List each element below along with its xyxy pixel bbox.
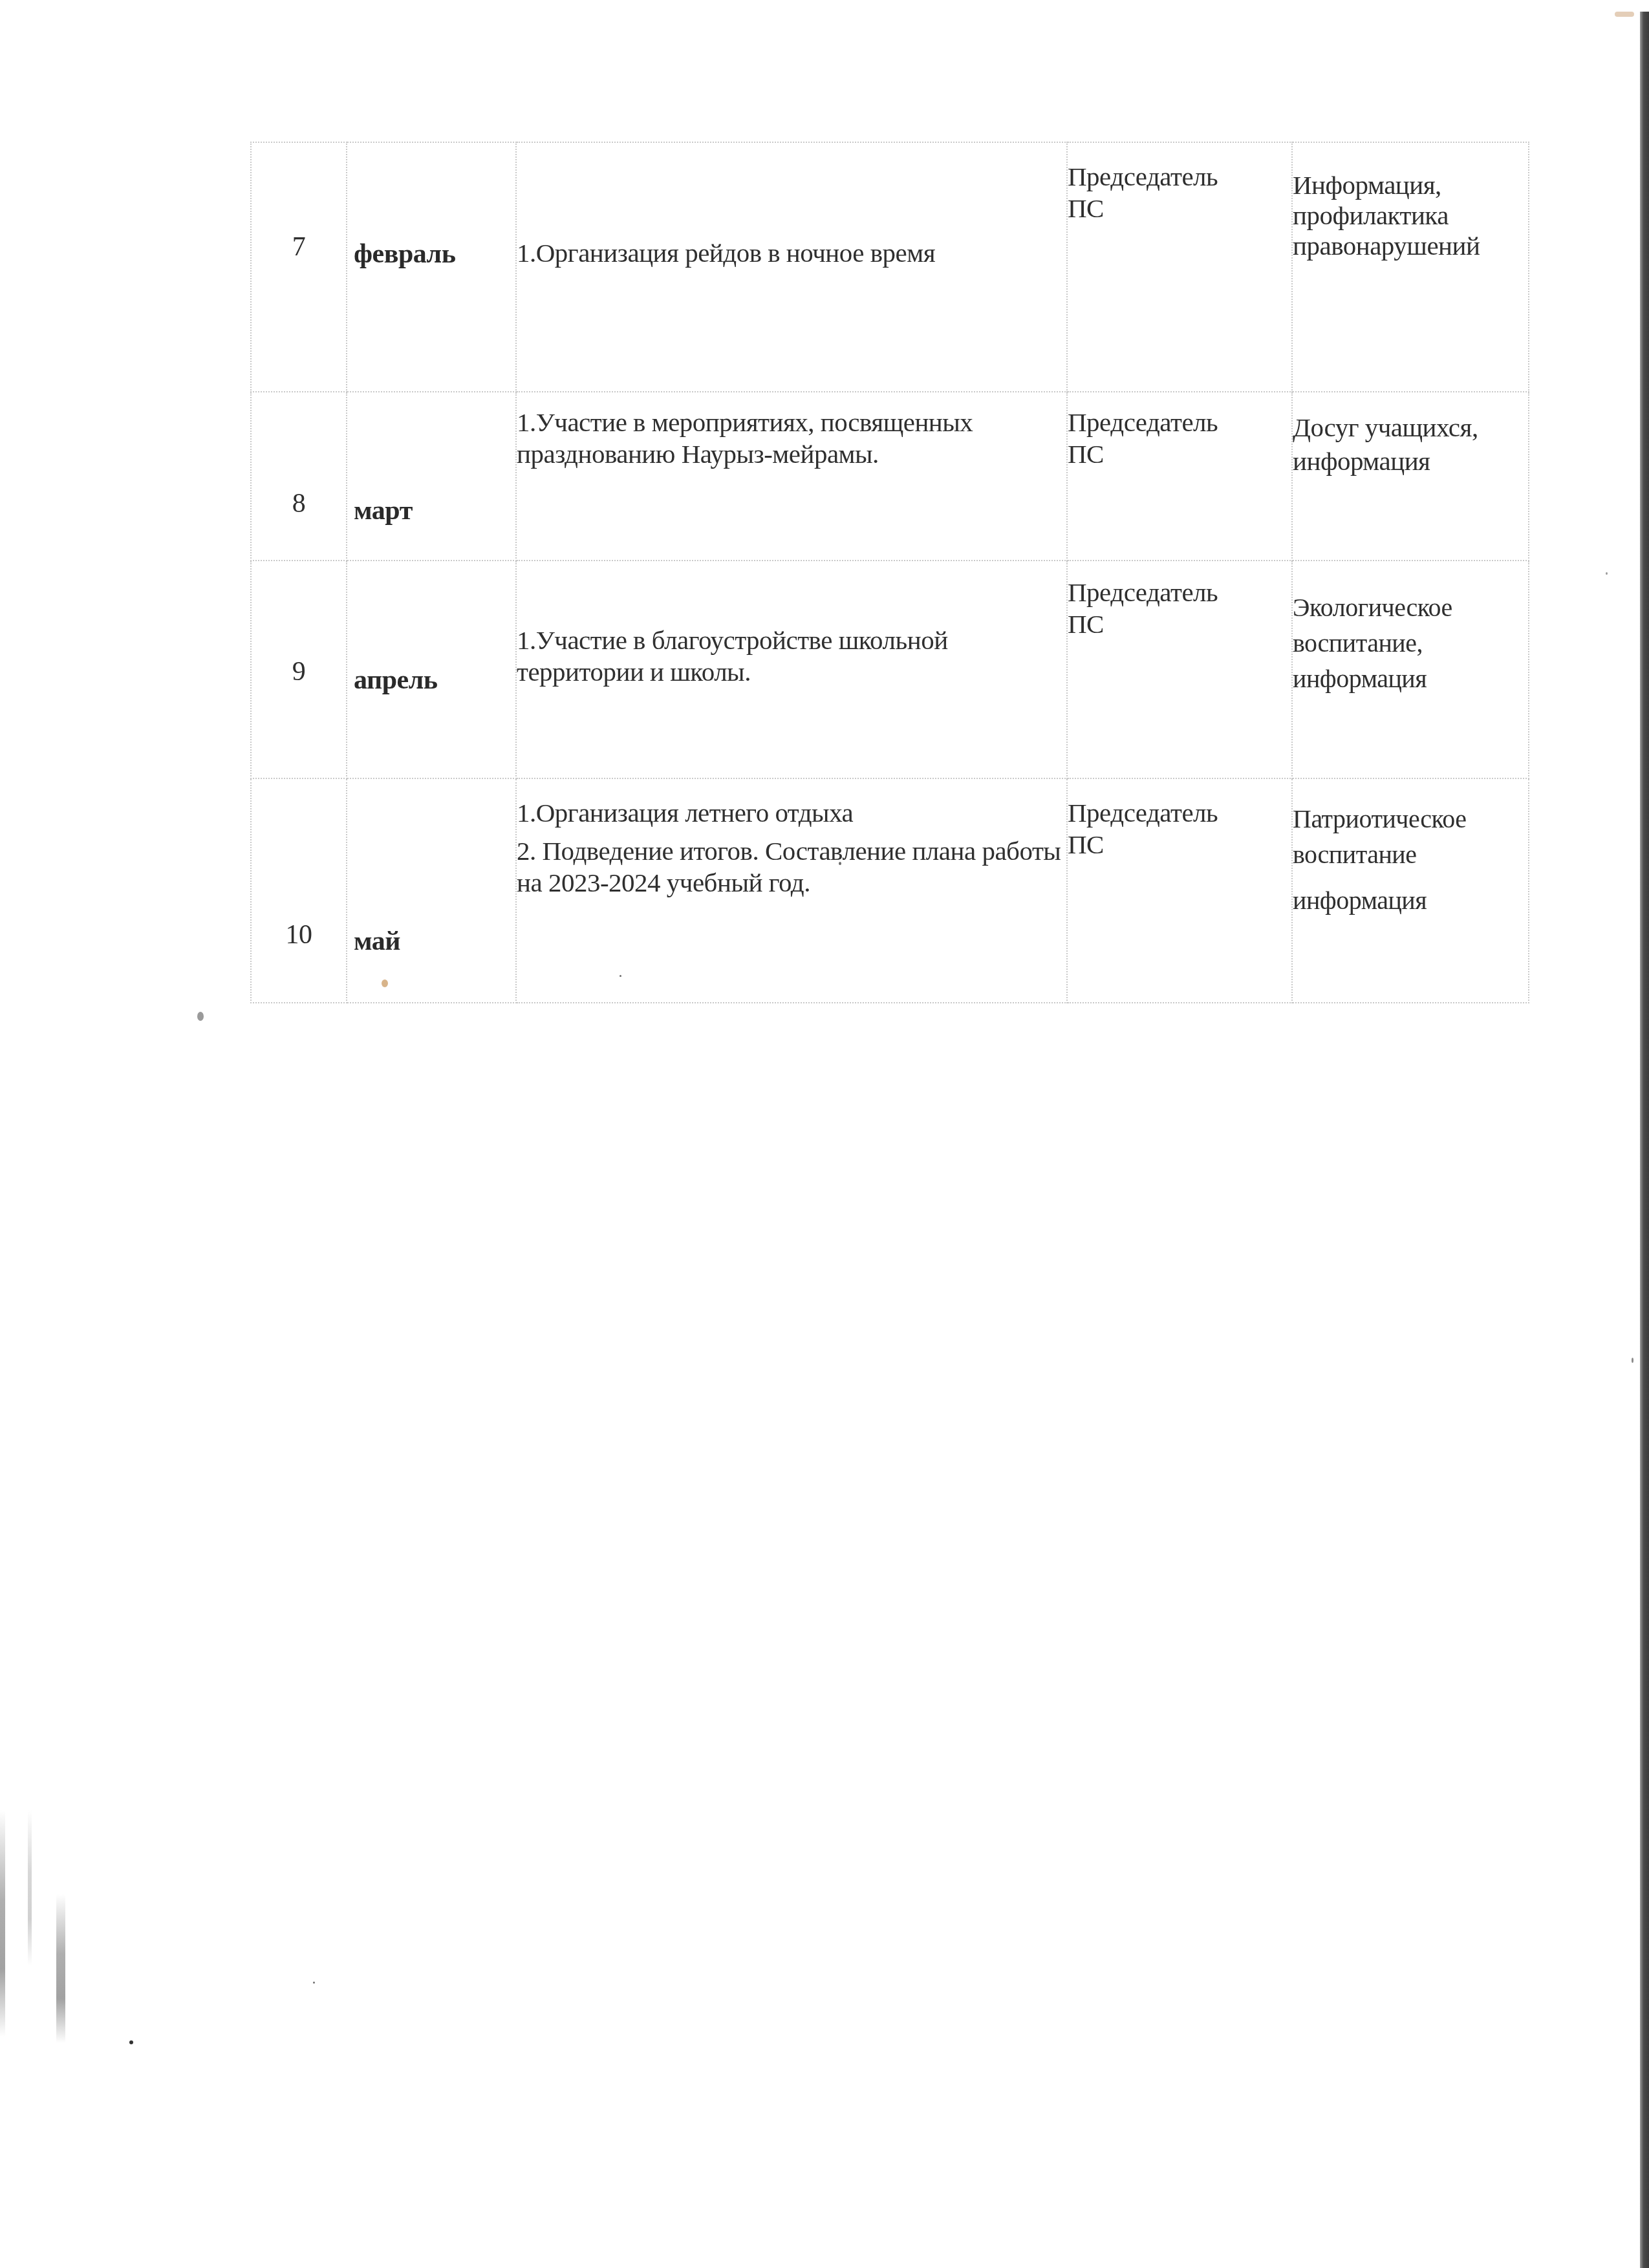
responsible-line: ПС bbox=[1068, 608, 1291, 640]
table-row: 7 февраль 1.Организация рейдов в ночное … bbox=[251, 142, 1529, 392]
responsible-line: Председатель bbox=[1068, 797, 1291, 829]
responsible-cell: Председатель ПС bbox=[1067, 392, 1292, 561]
row-number-cell: 9 bbox=[251, 561, 347, 778]
scanned-page: 7 февраль 1.Организация рейдов в ночное … bbox=[0, 0, 1649, 2268]
event-cell: 1.Участие в благоустройстве школьной тер… bbox=[516, 561, 1067, 778]
scan-speck bbox=[313, 1982, 315, 1984]
scan-speck bbox=[129, 2040, 133, 2044]
month-cell: март bbox=[347, 392, 516, 561]
month: май bbox=[354, 926, 400, 957]
goal-cell: Досуг учащихся, информация bbox=[1292, 392, 1529, 561]
scan-speck bbox=[839, 862, 841, 865]
scan-speck bbox=[382, 979, 388, 987]
scan-streak bbox=[0, 1810, 5, 2037]
row-number: 7 bbox=[252, 231, 346, 263]
event-item: 1.Участие в мероприятиях, посвященных пр… bbox=[517, 407, 1066, 470]
goal-cell: Патриотическое воспитание информация bbox=[1292, 778, 1529, 1003]
scan-streak bbox=[56, 1894, 65, 2043]
goal-cell: Информация, профилактика правонарушений bbox=[1292, 142, 1529, 392]
responsible-line: ПС bbox=[1068, 193, 1291, 224]
work-plan-table: 7 февраль 1.Организация рейдов в ночное … bbox=[250, 142, 1529, 1003]
responsible-line: ПС bbox=[1068, 829, 1291, 861]
month: февраль bbox=[354, 239, 455, 270]
goal-line: Информация, bbox=[1293, 170, 1528, 200]
goal-line: информация bbox=[1293, 444, 1528, 478]
row-number-cell: 7 bbox=[251, 142, 347, 392]
scan-speck bbox=[197, 1012, 204, 1021]
responsible-line: Председатель bbox=[1068, 407, 1291, 438]
goal-line: правонарушений bbox=[1293, 231, 1528, 261]
goal-line: воспитание, bbox=[1293, 625, 1528, 661]
month: март bbox=[354, 495, 413, 527]
row-number-cell: 10 bbox=[251, 778, 347, 1003]
event-item: 1.Организация рейдов в ночное время bbox=[517, 237, 1066, 269]
goal-line: Экологическое bbox=[1293, 590, 1528, 625]
row-number: 8 bbox=[252, 488, 346, 520]
table-row: 10 май 1.Организация летнего отдыха 2. П… bbox=[251, 778, 1529, 1003]
goal-line: информация bbox=[1293, 883, 1528, 918]
responsible-cell: Председатель ПС bbox=[1067, 778, 1292, 1003]
responsible-cell: Председатель ПС bbox=[1067, 561, 1292, 778]
event-cell: 1.Организация летнего отдыха 2. Подведен… bbox=[516, 778, 1067, 1003]
row-number-cell: 8 bbox=[251, 392, 347, 561]
event-item: 2. Подведение итогов. Составление плана … bbox=[517, 835, 1066, 899]
event-item: 1.Организация летнего отдыха bbox=[517, 797, 1066, 829]
table-row: 9 апрель 1.Участие в благоустройстве шко… bbox=[251, 561, 1529, 778]
month-cell: февраль bbox=[347, 142, 516, 392]
responsible-line: ПС bbox=[1068, 438, 1291, 470]
goal-line: воспитание bbox=[1293, 837, 1528, 872]
month-cell: май bbox=[347, 778, 516, 1003]
scan-speck bbox=[1632, 1358, 1633, 1363]
row-number: 9 bbox=[252, 656, 346, 688]
goal-cell: Экологическое воспитание, информация bbox=[1292, 561, 1529, 778]
responsible-line: Председатель bbox=[1068, 577, 1291, 608]
table-row: 8 март 1.Участие в мероприятиях, посвяще… bbox=[251, 392, 1529, 561]
responsible-cell: Председатель ПС bbox=[1067, 142, 1292, 392]
goal-line: профилактика bbox=[1293, 200, 1528, 231]
scan-speck bbox=[620, 975, 621, 977]
month-cell: апрель bbox=[347, 561, 516, 778]
goal-line: информация bbox=[1293, 661, 1528, 696]
month: апрель bbox=[354, 665, 437, 696]
goal-line: Патриотическое bbox=[1293, 801, 1528, 837]
event-cell: 1.Участие в мероприятиях, посвященных пр… bbox=[516, 392, 1067, 561]
event-cell: 1.Организация рейдов в ночное время bbox=[516, 142, 1067, 392]
scan-edge-shadow bbox=[1640, 12, 1649, 2268]
scan-speck bbox=[1606, 572, 1608, 575]
scan-streak bbox=[28, 1810, 32, 1965]
event-item: 1.Участие в благоустройстве школьной тер… bbox=[517, 625, 1066, 688]
scan-stain bbox=[1615, 12, 1634, 17]
goal-line: Досуг учащихся, bbox=[1293, 411, 1528, 444]
row-number: 10 bbox=[252, 919, 346, 951]
responsible-line: Председатель bbox=[1068, 161, 1291, 193]
